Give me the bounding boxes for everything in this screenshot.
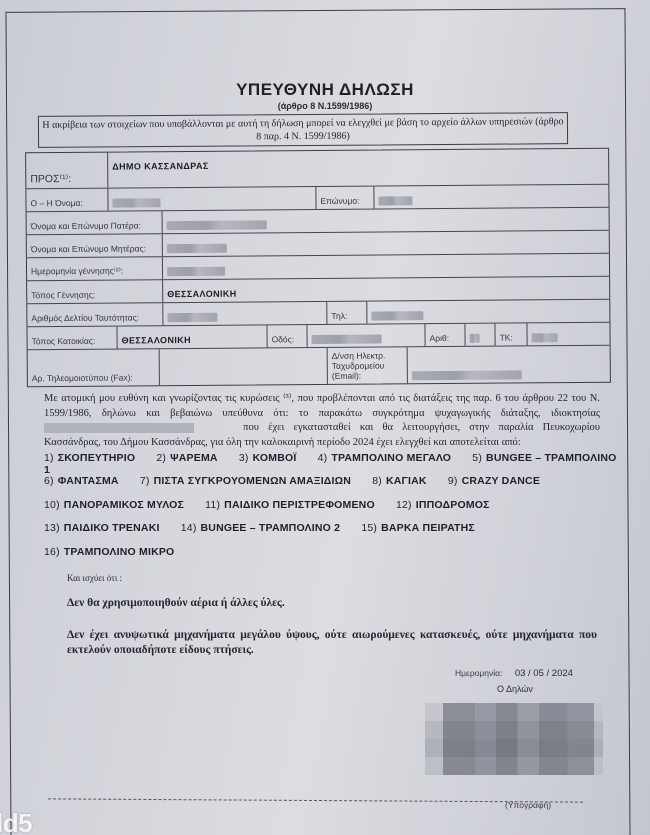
street-label: Οδός: <box>267 325 307 347</box>
redacted-phone <box>371 311 423 320</box>
email-label: Δ/νση Ηλεκτρ. Ταχυδρομείου (Email): <box>328 347 408 384</box>
attraction-item: 2)ΨΑΡΕΜΑ <box>156 452 226 464</box>
redacted-birthdate <box>167 267 225 276</box>
redacted-first-name <box>112 198 160 207</box>
declarant-label: Ο Δηλών <box>497 684 533 694</box>
redacted-mother <box>167 244 227 253</box>
document-subtitle: (άρθρο 8 Ν.1599/1986) <box>0 101 650 111</box>
attraction-item: 6)ΦΑΝΤΑΣΜΑ <box>44 475 128 487</box>
clause-no-gases: Δεν θα χρησιμοποιηθούν αέρια ή άλλες ύλε… <box>67 596 597 611</box>
signature-label: (Υπογραφή) <box>505 800 551 810</box>
father-field[interactable] <box>163 208 609 234</box>
to-value: ΔΗΜΟ ΚΑΣΣΑΝΔΡΑΣ <box>108 149 608 188</box>
residence-value: ΘΕΣΣΑΛΟΝΙΚΗ <box>117 325 267 348</box>
first-name-field[interactable] <box>108 187 316 211</box>
date-value: 03 / 05 / 2024 <box>515 668 573 679</box>
attractions-line-4: 13)ΠΑΙΔΙΚΟ ΤΡΕΝΑΚΙ 14)BUNGEE – ΤΡΑΜΠΟΛΙΝ… <box>44 522 634 534</box>
surname-field[interactable] <box>374 185 608 209</box>
attraction-item: 11)ΠΑΙΔΙΚΟ ΠΕΡΙΣΤΡΕΦΟΜΕΝΟ <box>205 499 384 511</box>
redacted-id <box>167 313 217 322</box>
mother-field[interactable] <box>163 231 609 257</box>
birthdate-label: Ημερομηνία γέννησης⁽²⁾: <box>27 257 163 280</box>
postcode-field[interactable] <box>527 323 609 346</box>
to-label: ΠΡΟΣ⁽¹⁾: <box>26 153 108 189</box>
father-label: Όνομα και Επώνυμο Πατέρα: <box>27 211 163 234</box>
redacted-email <box>412 370 522 380</box>
first-name-label: Ο – Η Όνομα: <box>26 189 108 212</box>
street-field[interactable] <box>307 324 425 347</box>
clause-no-lifting-machines: Δεν έχει ανυψωτικά μηχανήματα μεγάλου ύψ… <box>67 628 597 658</box>
attractions-line-2: 6)ΦΑΝΤΑΣΜΑ 7)ΠΙΣΤΑ ΣΥΓΚΡΟΥΟΜΕΝΩΝ ΑΜΑΞΙΔΙ… <box>44 475 634 487</box>
attraction-item: 8)ΚΑΓΙΑΚ <box>372 475 436 487</box>
row-to: ΠΡΟΣ⁽¹⁾: ΔΗΜΟ ΚΑΣΣΑΝΔΡΑΣ <box>26 149 608 190</box>
mother-label: Όνομα και Επώνυμο Μητέρας: <box>27 234 163 257</box>
attractions-line-3: 10)ΠΑΝΟΡΑΜΙΚΟΣ ΜΥΛΟΣ 11)ΠΑΙΔΙΚΟ ΠΕΡΙΣΤΡΕ… <box>44 499 634 511</box>
email-field[interactable] <box>408 346 610 384</box>
id-label: Αριθμός Δελτίου Ταυτότητας: <box>27 303 163 326</box>
phone-label: Τηλ: <box>327 302 367 324</box>
birthplace-label: Τόπος Γέννησης: <box>27 280 163 303</box>
residence-label: Τόπος Κατοικίας: <box>27 327 117 350</box>
phone-field[interactable] <box>367 300 609 324</box>
redacted-surname <box>378 196 412 205</box>
redacted-postcode <box>532 333 558 342</box>
redacted-number <box>470 334 480 343</box>
attraction-item: 13)ΠΑΙΔΙΚΟ ΤΡΕΝΑΚΙ <box>44 522 169 534</box>
attraction-item: 4)ΤΡΑΜΠΟΛΙΝΟ ΜΕΓΑΛΟ <box>318 452 461 464</box>
number-label: Αριθ: <box>425 324 465 346</box>
fax-field[interactable] <box>160 348 328 385</box>
birthplace-value: ΘΕΣΣΑΛΟΝΙΚΗ <box>163 277 609 303</box>
redacted-owner <box>44 423 194 433</box>
attraction-item: 3)ΚΟΜΒΟΪ <box>239 452 306 464</box>
document-title: ΥΠΕΥΘΥΝΗ ΔΗΛΩΣΗ <box>0 80 650 100</box>
surname-label: Επώνυμο: <box>316 187 374 209</box>
attractions-line-5: 16)ΤΡΑΜΠΟΛΙΝΟ ΜΙΚΡΟ <box>44 546 634 558</box>
id-field[interactable] <box>163 302 327 325</box>
attraction-item: 16)ΤΡΑΜΠΟΛΙΝΟ ΜΙΚΡΟ <box>44 546 183 558</box>
attraction-item: 1)ΣΚΟΠΕΥΤΗΡΙΟ <box>44 452 144 464</box>
attraction-item: 12)ΙΠΠΟΔΡΟΜΟΣ <box>396 499 499 511</box>
attraction-item: 15)ΒΑΡΚΑ ΠΕΙΡΑΤΗΣ <box>361 522 484 534</box>
date-line: Ημερομηνία: 03 / 05 / 2024 <box>455 668 573 679</box>
number-field[interactable] <box>465 324 495 346</box>
watermark: ld5 <box>0 808 32 835</box>
clauses-intro: Και ισχύει ότι : <box>67 573 122 583</box>
declaration-text: Με ατομική μου ευθύνη και γνωρίζοντας τι… <box>44 392 600 450</box>
accuracy-notice: Η ακρίβεια των στοιχείων που υποβάλλοντα… <box>38 112 568 148</box>
date-label: Ημερομηνία: <box>455 668 502 678</box>
attraction-item: 7)ΠΙΣΤΑ ΣΥΓΚΡΟΥΟΜΕΝΩΝ ΑΜΑΞΙΔΙΩΝ <box>140 475 360 487</box>
attraction-item: 9)CRAZY DANCE <box>448 475 549 487</box>
personal-details-form: ΠΡΟΣ⁽¹⁾: ΔΗΜΟ ΚΑΣΣΑΝΔΡΑΣ Ο – Η Όνομα: Επ… <box>25 148 611 388</box>
postcode-label: ΤΚ: <box>495 323 527 345</box>
attraction-item: 10)ΠΑΝΟΡΑΜΙΚΟΣ ΜΥΛΟΣ <box>44 499 193 511</box>
row-contact: Αρ. Τηλεομοιοτύπου (Fax): Δ/νση Ηλεκτρ. … <box>28 346 610 387</box>
redacted-father <box>167 220 267 230</box>
redacted-street <box>312 335 382 345</box>
declaration-part1: Με ατομική μου ευθύνη και γνωρίζοντας τι… <box>44 393 600 419</box>
birthdate-field[interactable] <box>163 254 609 280</box>
fax-label: Αρ. Τηλεομοιοτύπου (Fax): <box>28 349 160 386</box>
redacted-signature-stamp <box>425 703 603 775</box>
attraction-item: 14)BUNGEE – ΤΡΑΜΠΟΛΙΝΟ 2 <box>181 522 349 534</box>
attractions-line-1: 1)ΣΚΟΠΕΥΤΗΡΙΟ 2)ΨΑΡΕΜΑ 3)ΚΟΜΒΟΪ 4)ΤΡΑΜΠΟ… <box>44 452 634 476</box>
